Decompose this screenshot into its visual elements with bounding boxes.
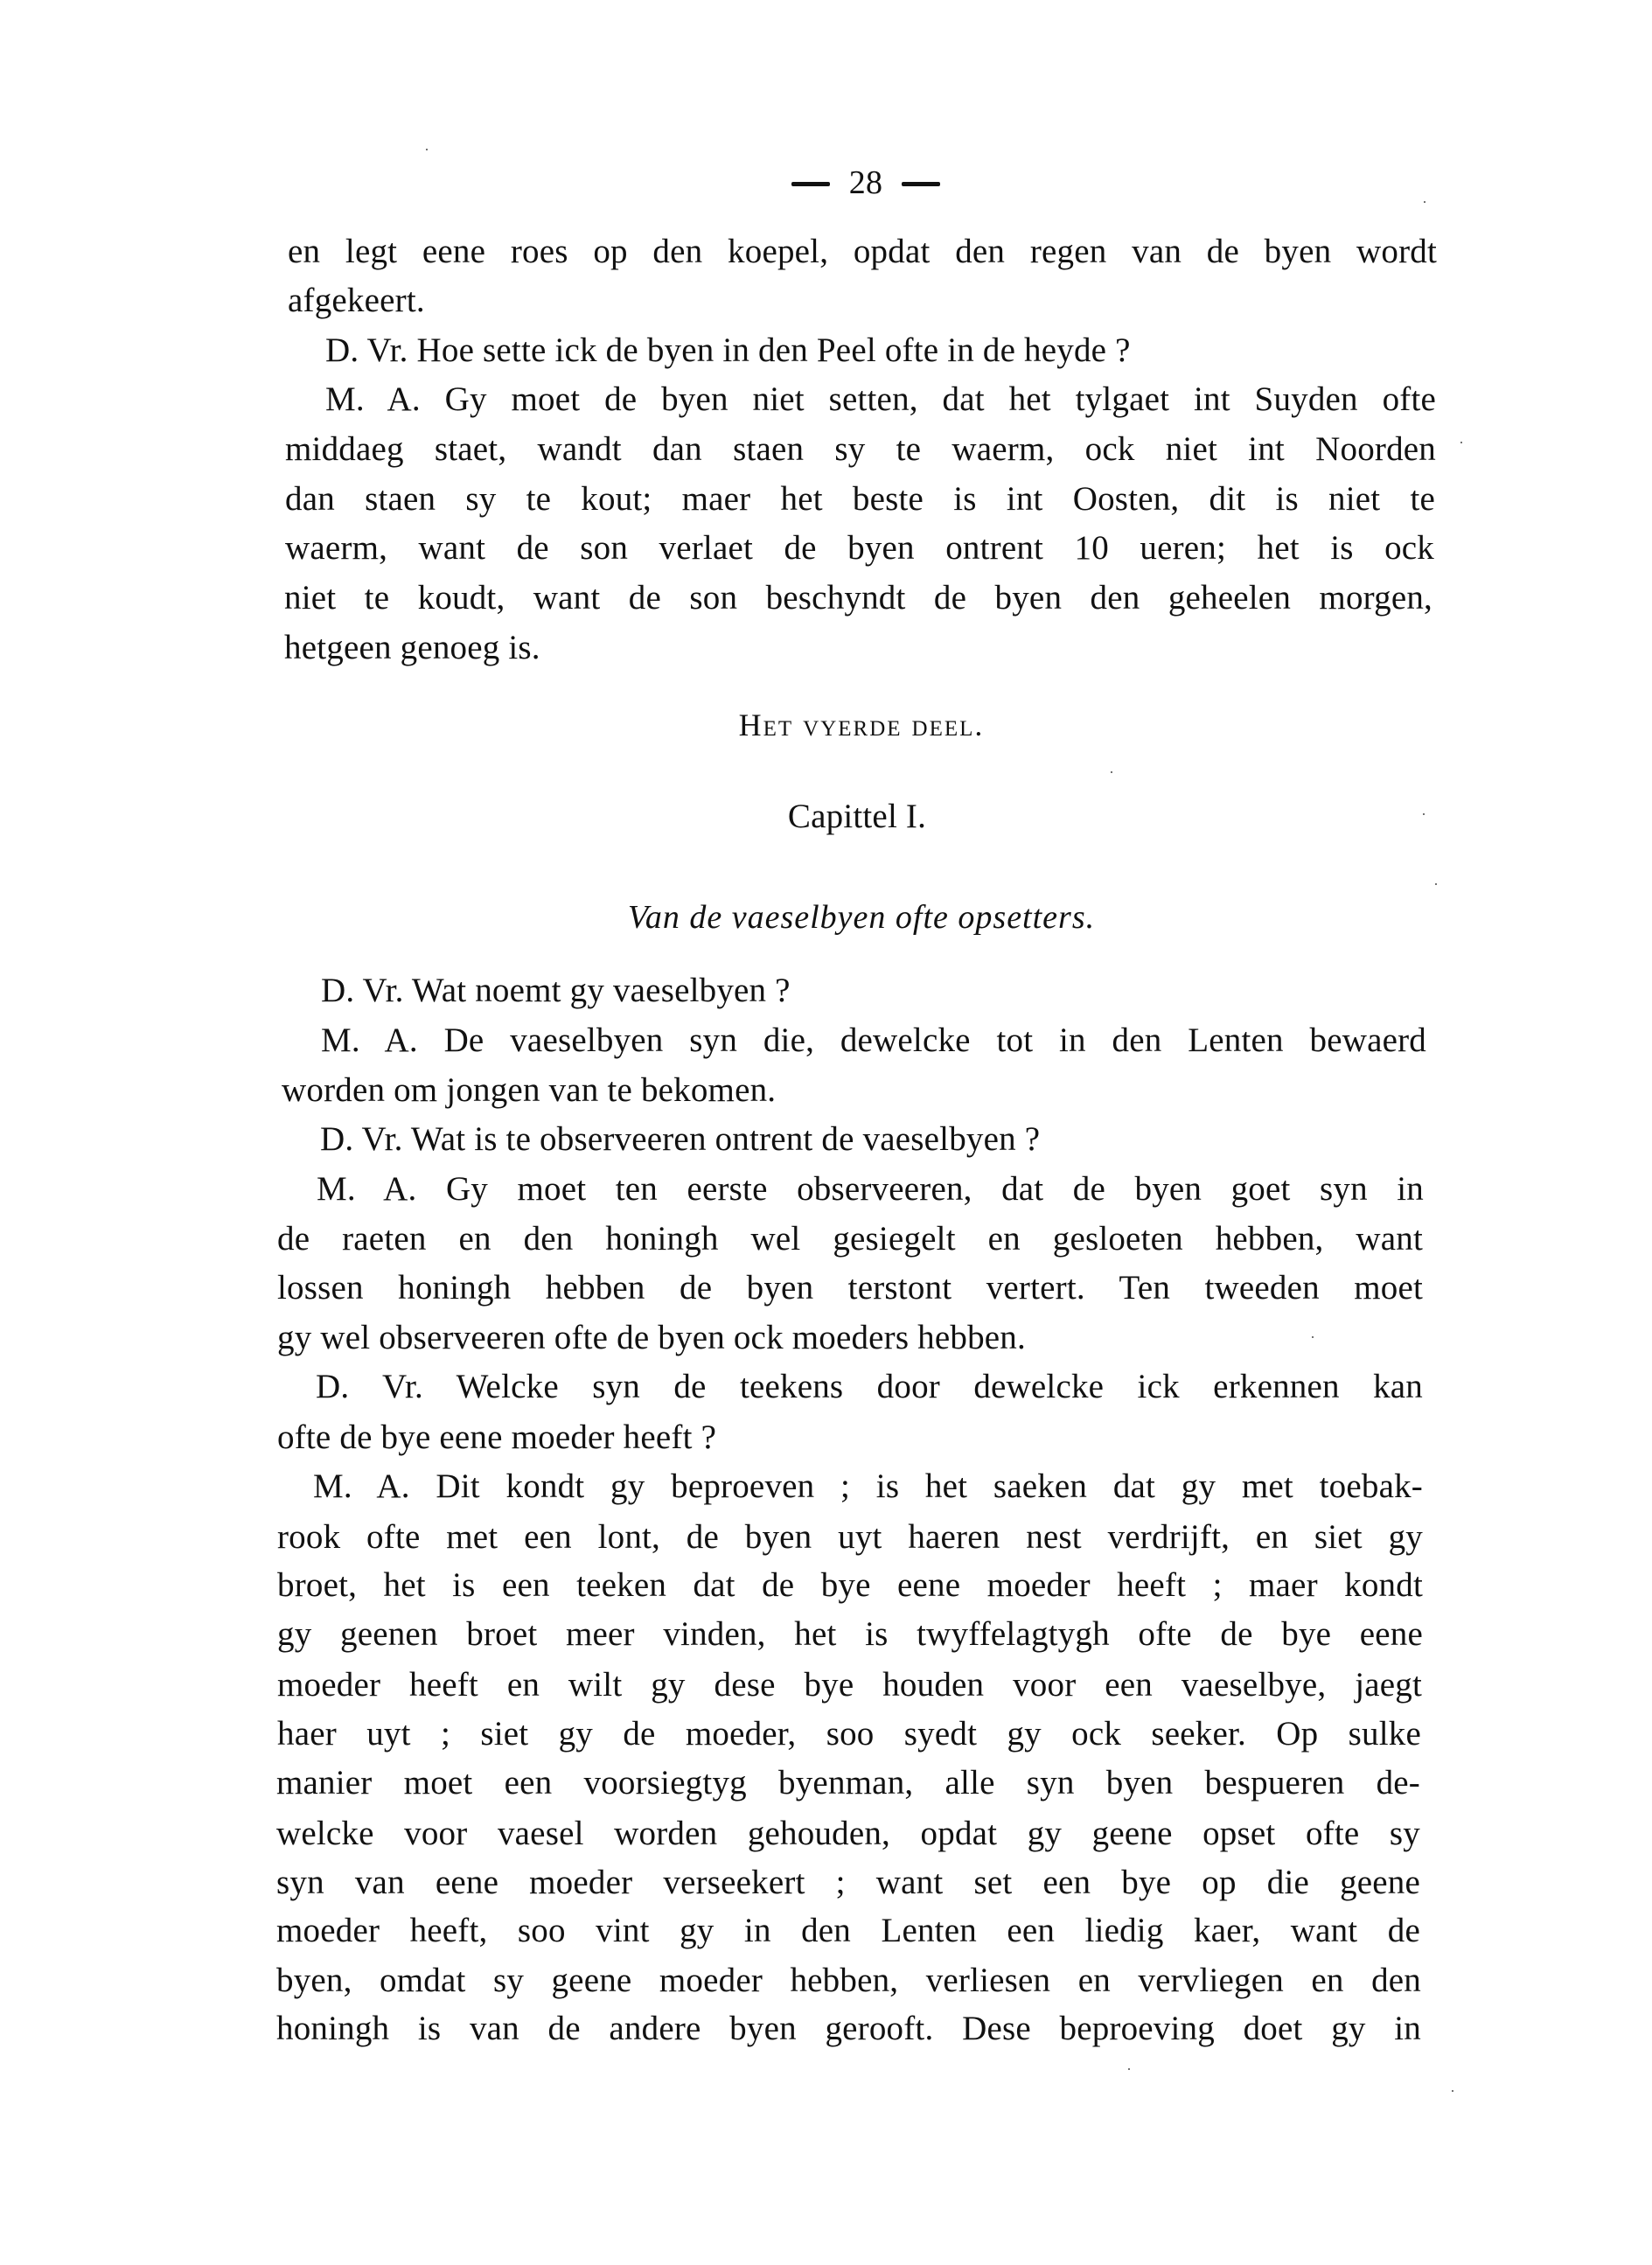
text-line: de raeten en den honingh wel gesiegelt e… <box>277 1222 1423 1256</box>
text-line: lossen honingh hebben de byen terstont v… <box>277 1271 1423 1305</box>
scan-speck <box>426 149 428 150</box>
question-line: D. Vr. Wat is te observeeren ontrent de … <box>320 1122 1425 1156</box>
answer-line: M. A. Gy moet ten eerste observeeren, da… <box>317 1172 1424 1206</box>
chapter-title: Capittel I. <box>682 799 1032 833</box>
text-line: moeder heeft, soo vint gy in den Lenten … <box>276 1913 1420 1948</box>
text-line: syn van eene moeder verseekert ; want se… <box>276 1865 1420 1899</box>
dash-right <box>902 182 940 186</box>
text-line: ofte de bye eene moeder heeft ? <box>277 1420 1423 1454</box>
question-line: D. Vr. Hoe sette ick de byen in den Peel… <box>325 333 1436 367</box>
text-line: moeder heeft en wilt gy dese bye houden … <box>277 1668 1422 1702</box>
question-line: D. Vr. Wat noemt gy vaeselbyen ? <box>321 973 1426 1007</box>
scan-speck <box>1312 1336 1314 1338</box>
text-line: gy wel observeeren ofte de byen ock moed… <box>277 1321 1423 1355</box>
text-line: dan staen sy te kout; maer het beste is … <box>285 482 1435 516</box>
text-line: middaeg staet, wandt dan staen sy te wae… <box>285 432 1436 466</box>
text-line: byen, omdat sy geene moeder hebben, verl… <box>276 1963 1421 1997</box>
text-line: broet, het is een teeken dat de bye eene… <box>277 1568 1423 1602</box>
chapter-subtitle: Van de vaeselbyen ofte opsetters. <box>542 901 1181 935</box>
question-line: D. Vr. Welcke syn de teekens door dewelc… <box>316 1369 1423 1404</box>
text-line: gy geenen broet meer vinden, het is twyf… <box>277 1617 1423 1651</box>
scan-speck <box>1423 813 1425 815</box>
scan-speck <box>1460 442 1462 443</box>
text-line: manier moet een voorsiegtyg byenman, all… <box>276 1766 1420 1800</box>
scan-speck <box>1111 771 1112 773</box>
scan-speck <box>1435 883 1437 885</box>
section-heading: Het vyerde deel. <box>612 708 1111 742</box>
text-line: niet te koudt, want de son beschyndt de … <box>284 581 1432 615</box>
answer-line: M. A. De vaeselbyen syn die, dewelcke to… <box>321 1023 1426 1057</box>
page-number-text: 28 <box>849 164 882 201</box>
text-line: honingh is van de andere byen gerooft. D… <box>276 2011 1421 2045</box>
text-line: haer uyt ; siet gy de moeder, soo syedt … <box>277 1717 1421 1751</box>
scan-speck <box>1128 2068 1130 2070</box>
text-line: en legt eene roes op den koepel, opdat d… <box>288 234 1437 268</box>
dash-left <box>791 182 830 186</box>
text-line: hetgeen genoeg is. <box>284 631 1432 665</box>
scan-speck <box>1452 2090 1453 2092</box>
text-line: afgekeert. <box>288 283 1437 317</box>
answer-line: M. A. Dit kondt gy beproeven ; is het sa… <box>313 1469 1423 1503</box>
text-line: worden om jongen van te bekomen. <box>282 1073 1425 1107</box>
text-line: rook ofte met een lont, de byen uyt haer… <box>277 1520 1423 1554</box>
answer-line: M. A. Gy moet de byen niet setten, dat h… <box>325 382 1436 416</box>
scan-speck <box>1424 201 1425 203</box>
page-number: 28 <box>735 166 997 200</box>
text-line: waerm, want de son verlaet de byen ontre… <box>285 531 1434 565</box>
scanned-book-page: 28 en legt eene roes op den koepel, opda… <box>0 0 1652 2265</box>
text-line: welcke voor vaesel worden gehouden, opda… <box>276 1816 1420 1850</box>
